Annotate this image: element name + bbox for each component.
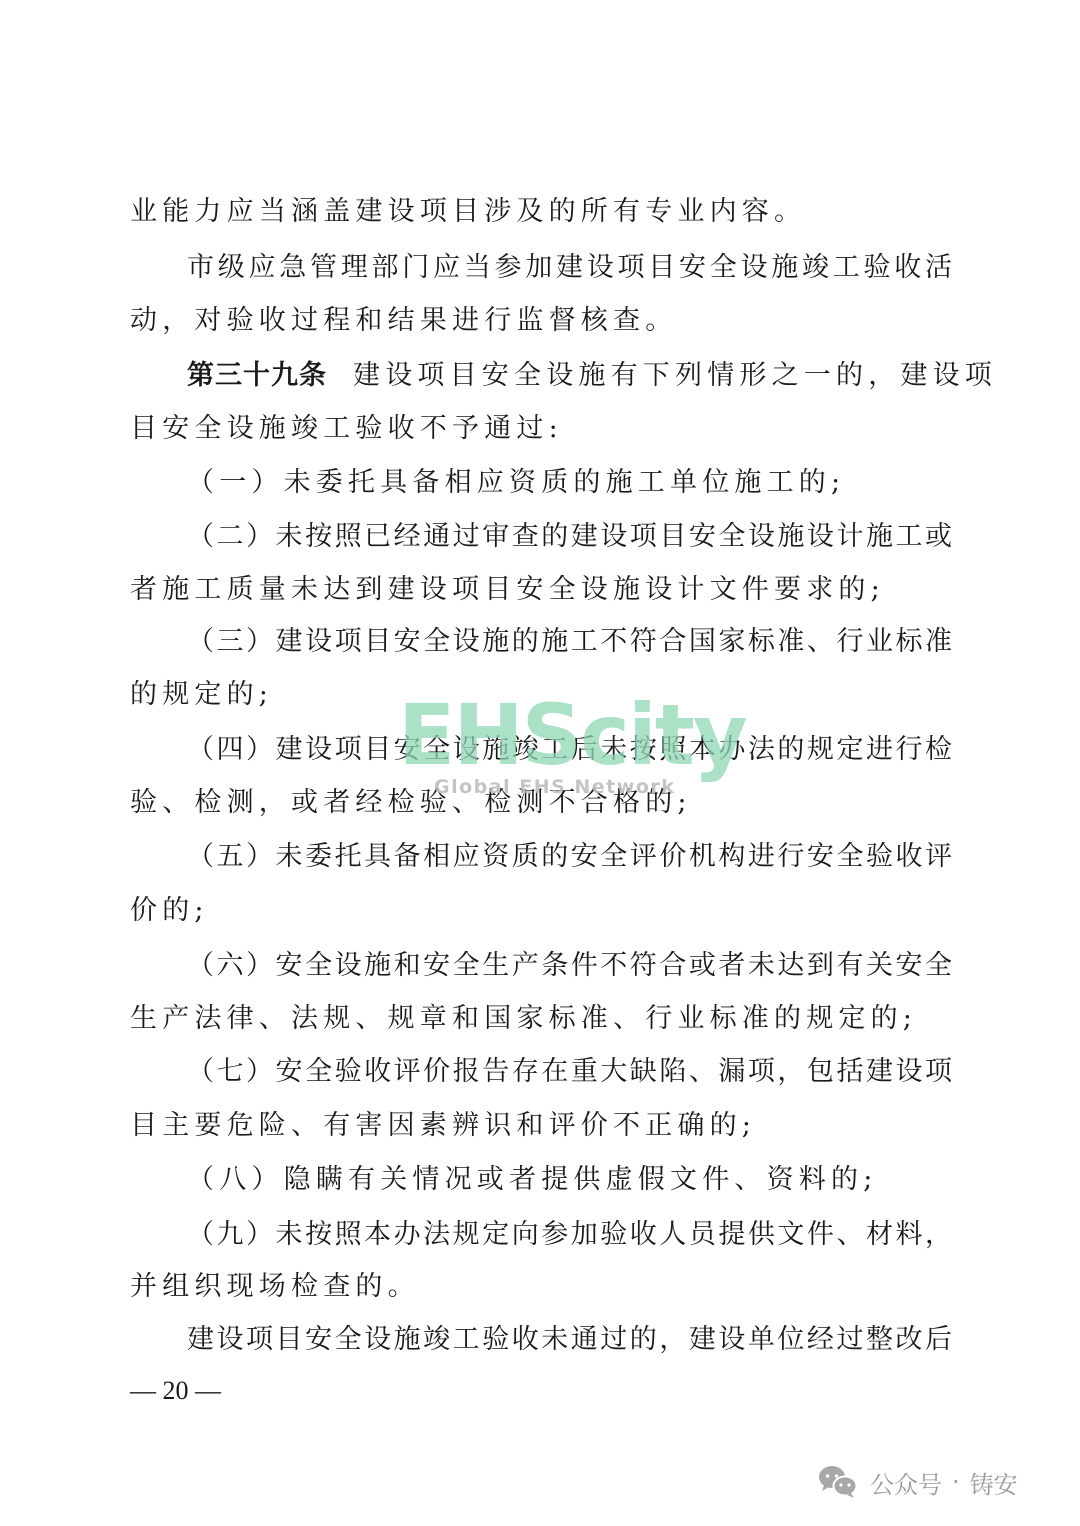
text-line: 业能力应当涵盖建设项目涉及的所有专业内容。 [130,192,952,232]
list-item-2: （二）未按照已经通过审查的建设项目安全设施设计施工或 [187,517,952,557]
wechat-icon [818,1465,858,1499]
page-number: — 20 — [130,1373,221,1409]
list-item-6: （六）安全设施和安全生产条件不符合或者未达到有关安全 [187,946,952,986]
footer-account-name: 铸安 [970,1465,1018,1500]
list-item-1: （一）未委托具备相应资质的施工单位施工的; [187,463,952,503]
list-item-8: （八）隐瞒有关情况或者提供虚假文件、资料的; [187,1160,952,1200]
footer-separator: · [952,1468,960,1496]
list-item-7: （七）安全验收评价报告存在重大缺陷、漏项，包括建设项 [187,1052,952,1092]
list-item-5: （五）未委托具备相应资质的安全评价机构进行安全验收评 [187,837,952,877]
text-line: 价的; [130,891,952,931]
list-item-9: （九）未按照本办法规定向参加验收人员提供文件、材料， [187,1215,952,1255]
text-line: 者施工质量未达到建设项目安全设施设计文件要求的; [130,570,952,610]
text-line: 建设项目安全设施有下列情形之一的，建设项 [353,356,997,396]
footer-label: 公众号 [870,1465,942,1500]
text-line: 生产法律、法规、规章和国家标准、行业标准的规定的; [130,999,952,1039]
text-line: 动，对验收过程和结果进行监督核查。 [130,301,952,341]
text-line: 的规定的; [130,675,952,715]
text-line: 建设项目安全设施竣工验收未通过的，建设单位经过整改后 [187,1320,952,1360]
text-line: 目安全设施竣工验收不予通过: [130,409,952,449]
text-line: 并组织现场检查的。 [130,1267,952,1307]
wechat-account-footer[interactable]: 公众号 · 铸安 [818,1462,1018,1502]
list-item-4: （四）建设项目安全设施竣工后未按照本办法的规定进行检 [187,730,952,770]
list-item-3: （三）建设项目安全设施的施工不符合国家标准、行业标准 [187,622,952,662]
text-line: 目主要危险、有害因素辨识和评价不正确的; [130,1106,952,1146]
article-39-line: 第三十九条 建设项目安全设施有下列情形之一的，建设项 [187,356,952,396]
text-line: 市级应急管理部门应当参加建设项目安全设施竣工验收活 [187,248,952,288]
text-line: 验、检测，或者经检验、检测不合格的; [130,783,952,823]
document-page: 业能力应当涵盖建设项目涉及的所有专业内容。 市级应急管理部门应当参加建设项目安全… [0,0,1080,1526]
article-heading: 第三十九条 [187,356,327,396]
